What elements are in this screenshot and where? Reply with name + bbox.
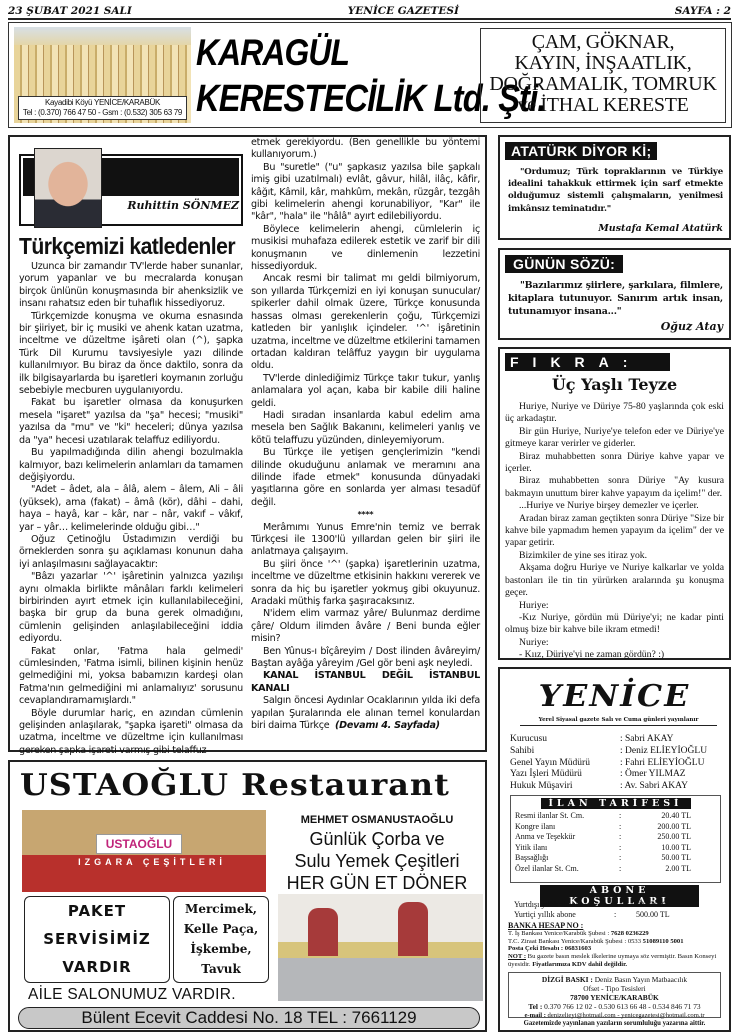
restaurant-kitchen-photo (278, 894, 483, 1001)
karagul-products: ÇAM, GÖKNAR, KAYIN, İNŞAATLIK, DOĞRAMALI… (480, 28, 726, 123)
ataturk-heading: ATATÜRK DİYOR Kİ; (505, 142, 657, 160)
restaurant-address: Bülent Ecevit Caddesi No. 18 TEL : 76611… (18, 1007, 480, 1029)
quote-of-day-text: "Bazılarımız şiirlere, şarkılara, filmle… (508, 279, 723, 318)
header-divider (8, 18, 731, 20)
bank-accounts: BANKA HESAP NO : T. İş Bankası Yenice/Ka… (508, 922, 723, 969)
restaurant-owner: MEHMET OSMANUSTAOĞLU (272, 814, 482, 826)
issue-date: 23 ŞUBAT 2021 SALI (8, 5, 132, 17)
staff-row: Yazı İşleri Müdürü: Ömer YILMAZ (510, 769, 723, 781)
ad-rates-box: İLAN TARİFESİ Resmi ilanlar St. Cm.:20.4… (510, 795, 721, 883)
rate-row: Özel ilanlar St. Cm.:2.00 TL (515, 864, 716, 875)
article-subheading: KANAL İSTANBUL DEĞİL İSTANBUL KANALI (251, 670, 480, 695)
section-separator: **** (251, 509, 480, 521)
staff-row: Hukuk Müşaviri: Av. Sabri AKAY (510, 781, 723, 793)
continued-link[interactable]: (Devamı 4. Sayfada) (335, 720, 440, 731)
restaurant-sign: USTAOĞLU (96, 834, 182, 854)
rate-row: Resmi ilanlar St. Cm.:20.40 TL (515, 811, 716, 822)
yenice-logo: YENİCE (494, 679, 734, 714)
delivery-service-box: PAKET SERVİSİMİZ VARDIR (24, 896, 170, 983)
staff-row: Kurucusu: Sabri AKAY (510, 734, 723, 746)
masthead-imprint-box: YENİCE Yerel Siyasal gazete Salı ve Cuma… (498, 667, 731, 1032)
subscription-table: Yurtdışı yıllık abone:50 EURO Yurtiçi yı… (514, 900, 723, 919)
page-number: SAYFA : 2 (675, 5, 731, 17)
ataturk-author: Mustafa Kemal Atatürk (598, 223, 723, 234)
karagul-address: Kayadibi Köyü YENİCE/KARABÜK Tel : (0.37… (18, 96, 187, 120)
quote-of-day-heading: GÜNÜN SÖZÜ: (505, 255, 623, 273)
staff-row: Genel Yayın Müdürü: Fahri ELİEYİOĞLU (510, 758, 723, 770)
family-hall-note: AİLE SALONUMUZ VARDIR. (28, 986, 236, 1004)
restaurant-title: USTAOĞLU Restaurant (20, 768, 450, 803)
press-note: NOT : Bu gazete basın meslek ilkelerine … (508, 953, 723, 969)
quote-of-the-day-box: GÜNÜN SÖZÜ: "Bazılarımız şiirlere, şarkı… (498, 248, 731, 340)
rate-row: Anma ve Teşekkür:250.00 TL (515, 832, 716, 843)
author-name: Ruhittin SÖNMEZ (127, 199, 239, 212)
subscription-row: Yurtiçi yıllık abone:500.00 TL (514, 910, 723, 920)
ad-rates-heading: İLAN TARİFESİ (541, 798, 691, 809)
ataturk-quote-box: ATATÜRK DİYOR Kİ; "Ordumuz; Türk toprakl… (498, 135, 731, 240)
restaurant-storefront-photo: USTAOĞLU IZGARA ÇEŞİTLERİ (22, 810, 266, 892)
printing-info: DİZGİ BASKI : Deniz Basın Yayın Matbaacı… (508, 972, 721, 1018)
rate-row: Yitik ilanı:10.00 TL (515, 843, 716, 854)
soup-menu-box: Mercimek, Kelle Paça, İşkembe, Tavuk (173, 896, 269, 983)
karagul-advertisement: Kayadibi Köyü YENİCE/KARABÜK Tel : (0.37… (8, 22, 732, 128)
lumber-photo: Kayadibi Köyü YENİCE/KARABÜK Tel : (0.37… (14, 27, 191, 123)
responsibility-note: Gazetemizde yayınlanan yazıların sorumlu… (500, 1020, 729, 1027)
contact-email[interactable]: denizelieyi@hotmail.com - yenicegazetesi… (548, 1012, 705, 1019)
joke-title: Üç Yaşlı Teyze (500, 375, 729, 394)
ad-rates-table: Resmi ilanlar St. Cm.:20.40 TL Kongre il… (511, 809, 720, 875)
joke-heading: FIKRA: (505, 353, 670, 371)
article-column-2: etmek gerekiyordu. (Ben genellikle bu yö… (251, 137, 480, 733)
bank-heading: BANKA HESAP NO : (508, 922, 723, 930)
quote-of-day-author: Oğuz Atay (661, 320, 723, 333)
karagul-name: KARAGÜL (196, 33, 349, 73)
joke-body: Huriye, Nuriye ve Düriye 75-80 yaşlarınd… (505, 401, 724, 662)
joke-box: FIKRA: Üç Yaşlı Teyze Huriye, Nuriye ve … (498, 347, 731, 660)
author-photo (34, 148, 102, 228)
staff-list: Kurucusu: Sabri AKAY Sahibi: Deniz ELİEY… (510, 734, 723, 793)
rate-row: Başsağlığı:50.00 TL (515, 853, 716, 864)
article-column-1: Uzunca bir zamandır TV'lerde haber sunan… (19, 261, 243, 757)
restaurant-menu-headline: Günlük Çorba ve Sulu Yemek Çeşitleri (272, 828, 482, 872)
ataturk-quote: "Ordumuz; Türk topraklarının ve Türkiye … (508, 166, 723, 215)
staff-row: Sahibi: Deniz ELİEYİOĞLU (510, 746, 723, 758)
ustaoglu-restaurant-ad: USTAOĞLU Restaurant USTAOĞLU IZGARA ÇEŞİ… (8, 760, 487, 1032)
daily-doner: HER GÜN ET DÖNER (272, 873, 482, 894)
column-article: Ruhittin SÖNMEZ Türkçemizi katledenler U… (8, 135, 487, 752)
grill-banner: IZGARA ÇEŞİTLERİ (42, 857, 262, 867)
rate-row: Kongre ilanı:200.00 TL (515, 822, 716, 833)
logo-subtitle: Yerel Siyasal gazete Salı ve Cuma günler… (520, 717, 717, 726)
page-header: 23 ŞUBAT 2021 SALI YENİCE GAZETESİ SAYFA… (8, 3, 731, 19)
subscription-row: Yurtdışı yıllık abone:50 EURO (514, 900, 723, 910)
article-title: Türkçemizi katledenler (19, 233, 225, 260)
author-header: Ruhittin SÖNMEZ (19, 148, 243, 226)
newspaper-name: YENİCE GAZETESİ (348, 5, 459, 17)
